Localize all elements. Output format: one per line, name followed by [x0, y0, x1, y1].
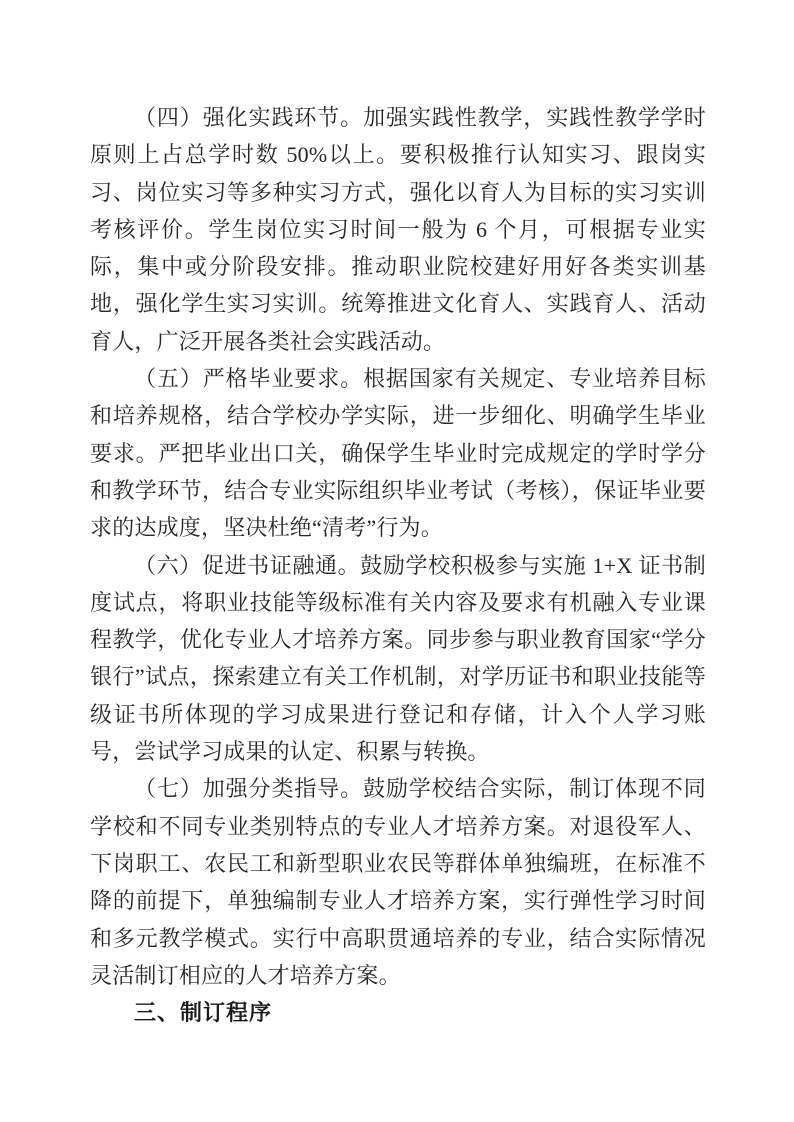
- paragraph-item-6: （六）促进书证融通。鼓励学校积极参与实施 1+X 证书制度试点，将职业技能等级标…: [90, 547, 706, 771]
- document-body: （四）强化实践环节。加强实践性教学，实践性教学学时原则上占总学时数 50%以上。…: [90, 99, 706, 1031]
- paragraph-item-7: （七）加强分类指导。鼓励学校结合实际，制订体现不同学校和不同专业类别特点的专业人…: [90, 770, 706, 994]
- document-page: （四）强化实践环节。加强实践性教学，实践性教学学时原则上占总学时数 50%以上。…: [0, 0, 794, 1122]
- paragraph-item-5: （五）严格毕业要求。根据国家有关规定、专业培养目标和培养规格，结合学校办学实际，…: [90, 360, 706, 546]
- section-heading: 三、制订程序: [90, 994, 706, 1031]
- paragraph-item-4: （四）强化实践环节。加强实践性教学，实践性教学学时原则上占总学时数 50%以上。…: [90, 99, 706, 360]
